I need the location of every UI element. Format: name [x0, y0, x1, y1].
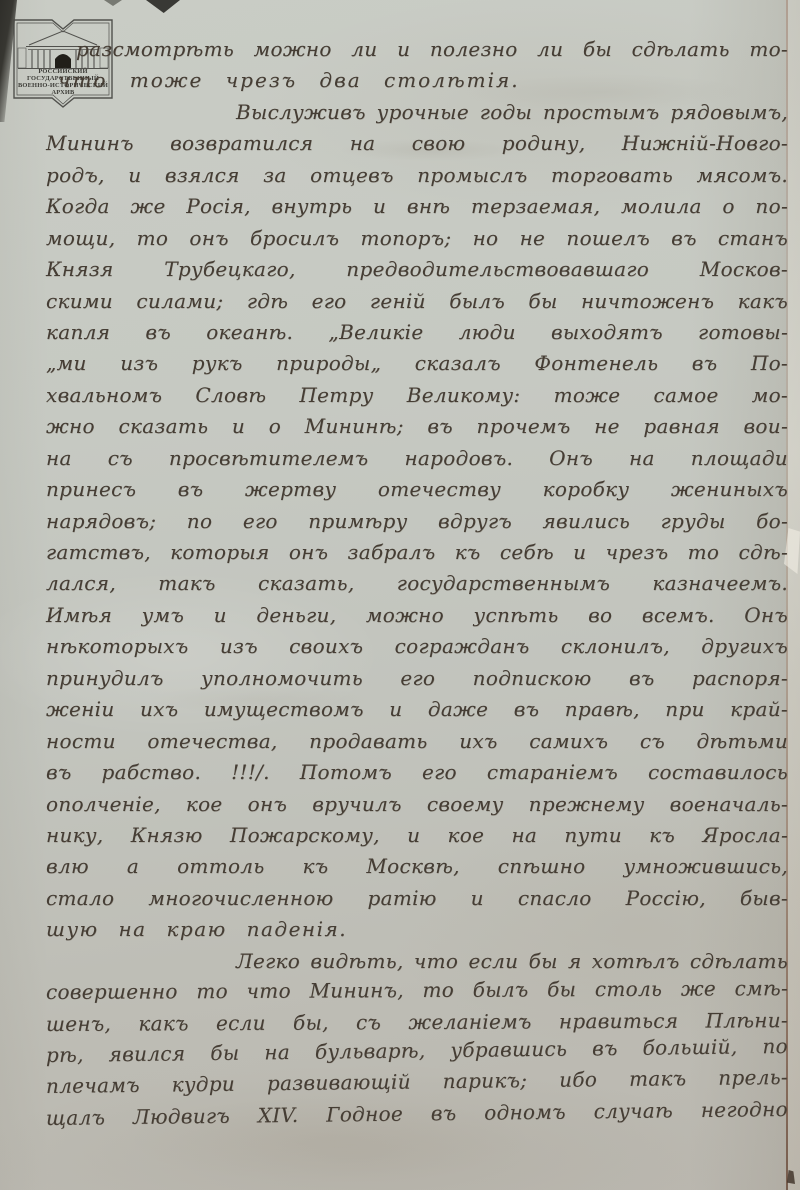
top-edge-tear-small	[104, 0, 122, 6]
manuscript-line: что тоже чрезъ два столѣтія.	[46, 68, 788, 99]
manuscript-line: нарядовъ; по его примѣру вдругъ явились …	[46, 509, 788, 540]
manuscript-line: нику, Князю Пожарскому, и кое на пути къ…	[46, 823, 788, 854]
manuscript-line: Князя Трубецкаго, предводительствовавшаг…	[46, 257, 788, 288]
manuscript-line: принесъ въ жертву отечеству коробку жени…	[46, 477, 788, 508]
manuscript-line: женіи ихъ имуществомъ и даже въ правѣ, п…	[46, 697, 788, 728]
manuscript-line: шую на краю паденія.	[46, 917, 788, 948]
right-edge-strip	[788, 0, 800, 1190]
manuscript-line: стало многочисленною ратію и спасло Росс…	[46, 886, 788, 917]
manuscript-line: жно сказать и о Мининѣ; въ прочемъ не ра…	[46, 414, 788, 445]
manuscript-page: РОССИЙСКИЙ ГОСУДАРСТВЕННЫЙ ВОЕННО-ИСТОРИ…	[0, 0, 800, 1190]
manuscript-line: Легко видѣть, что если бы я хотѣлъ сдѣла…	[46, 949, 788, 980]
manuscript-line: гатствъ, которыя онъ забралъ къ себѣ и ч…	[46, 540, 788, 571]
manuscript-line: лался, такъ сказать, государственнымъ ка…	[46, 571, 788, 602]
manuscript-text: разсмотрѣть можно ли и полезно ли бы сдѣ…	[46, 37, 788, 1137]
manuscript-line: разсмотрѣть можно ли и полезно ли бы сдѣ…	[46, 37, 788, 68]
manuscript-line: Имѣя умъ и деньги, можно успѣть во всемъ…	[46, 603, 788, 634]
manuscript-line: нѣкоторыхъ изъ своихъ согражданъ склонил…	[46, 634, 788, 665]
manuscript-line: влю а оттоль къ Москвѣ, спѣшно умноживши…	[46, 854, 788, 885]
manuscript-line: родъ, и взялся за отцевъ промыслъ торгов…	[46, 163, 788, 194]
manuscript-line: капля въ океанѣ. „Великіе люди выходятъ …	[46, 320, 788, 351]
manuscript-line: ности отечества, продавать ихъ самихъ съ…	[46, 729, 788, 760]
manuscript-line: Мининъ возвратился на свою родину, Нижні…	[46, 131, 788, 162]
manuscript-line: скими силами; гдѣ его геній былъ бы ничт…	[46, 289, 788, 320]
manuscript-line: принудилъ уполномочить его подпискою въ …	[46, 666, 788, 697]
manuscript-line: на съ просвѣтителемъ народовъ. Онъ на пл…	[46, 446, 788, 477]
manuscript-line: Выслуживъ урочные годы простымъ рядовымъ…	[46, 100, 788, 131]
manuscript-line: ополченіе, кое онъ вручилъ своему прежне…	[46, 792, 788, 823]
manuscript-line: мощи, то онъ бросилъ топоръ; но не пошел…	[46, 226, 788, 257]
manuscript-line: хвальномъ Словѣ Петру Великому: тоже сам…	[46, 383, 788, 414]
manuscript-line: Когда же Росія, внутрь и внѣ терзаемая, …	[46, 194, 788, 225]
manuscript-line: „ми изъ рукъ природы„ сказалъ Фонтенель …	[46, 351, 788, 382]
manuscript-line: въ рабство. !!!/. Потомъ его стараніемъ …	[46, 760, 788, 791]
top-edge-tear	[146, 0, 180, 13]
manuscript-line: совершенно то что Мининъ, то былъ бы сто…	[46, 976, 788, 1011]
